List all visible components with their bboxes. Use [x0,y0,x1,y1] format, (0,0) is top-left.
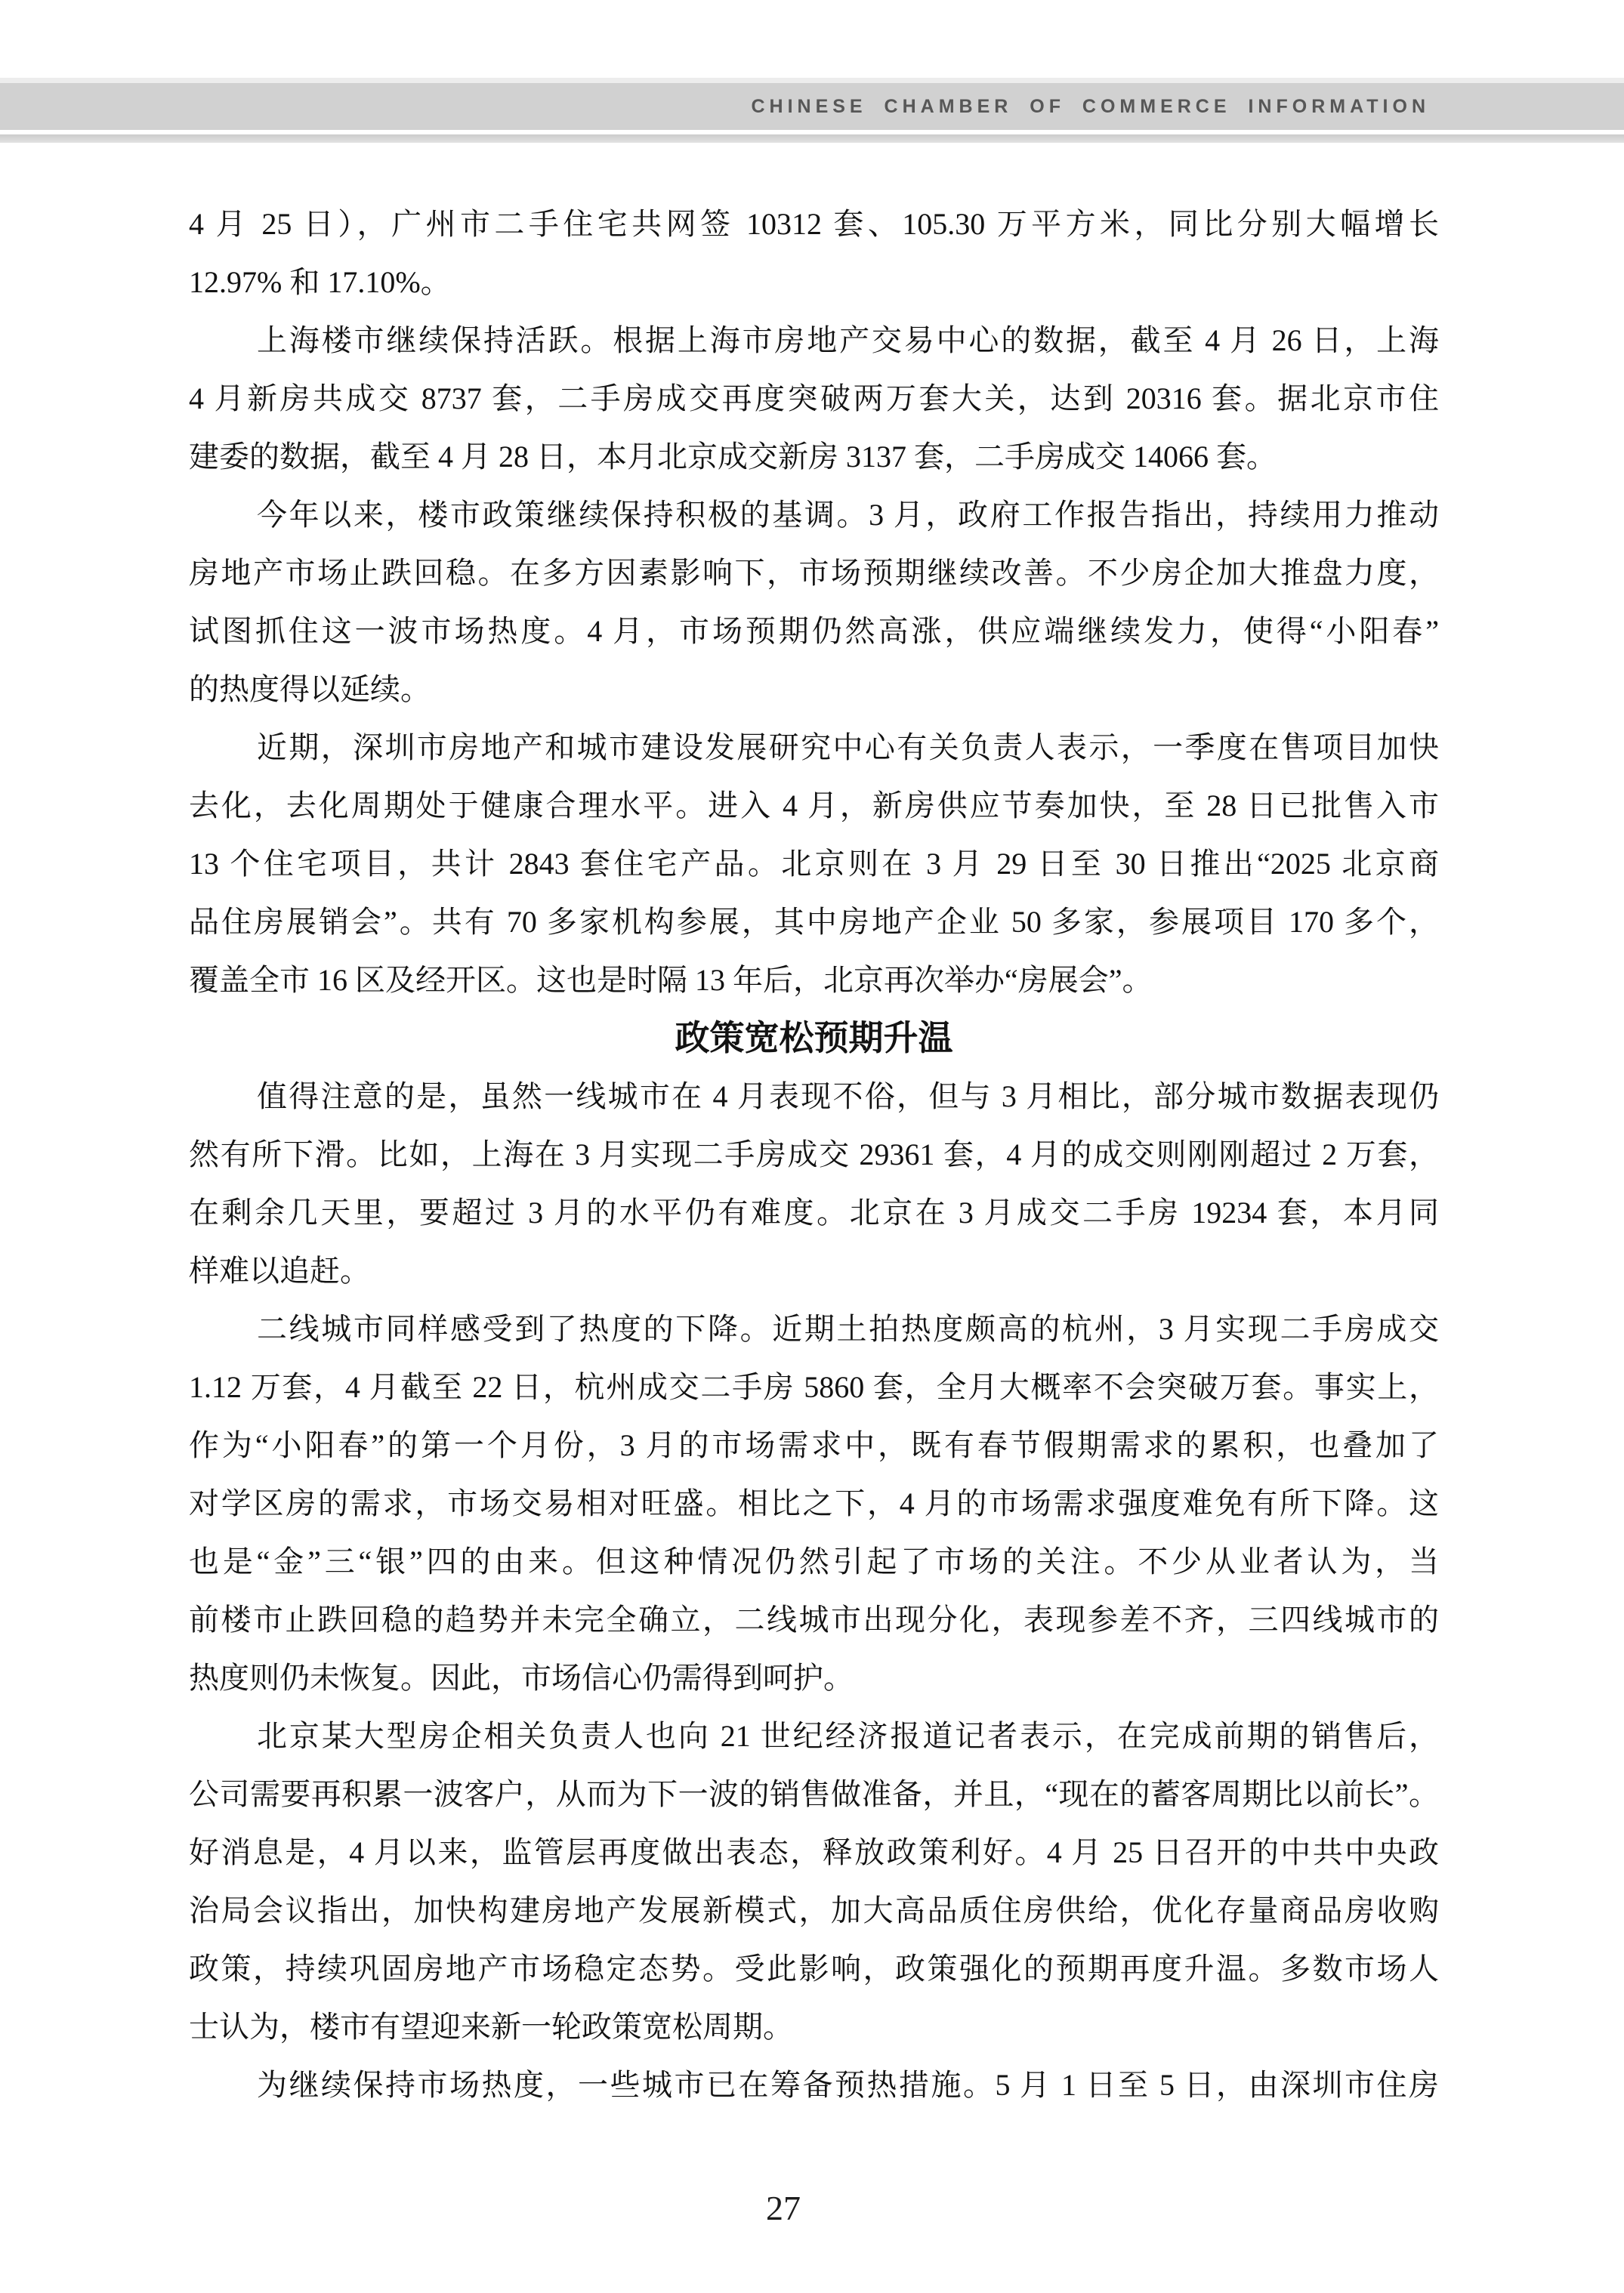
body-line: 值得注意的是，虽然一线城市在 4 月表现不俗，但与 3 月相比，部分城市数据表现… [189,1067,1439,1125]
body-line: 也是“金”三“银”四的由来。但这种情况仍然引起了市场的关注。不少从业者认为，当 [189,1532,1439,1591]
body-line: 好消息是，4 月以来，监管层再度做出表态，释放政策利好。4 月 25 日召开的中… [189,1823,1439,1881]
header-top-shadow [0,78,1624,83]
header-rule-bar [0,134,1624,143]
body-line: 12.97% 和 17.10%。 [189,253,1439,311]
body-line: 4 月新房共成交 8737 套，二手房成交再度突破两万套大关，达到 20316 … [189,369,1439,427]
body-line: 的热度得以延续。 [189,660,1439,718]
body-line: 北京某大型房企相关负责人也向 21 世纪经济报道记者表示，在完成前期的销售后， [189,1707,1439,1765]
body-line: 热度则仍未恢复。因此，市场信心仍需得到呵护。 [189,1649,1439,1707]
body-line: 近期，深圳市房地产和城市建设发展研究中心有关负责人表示，一季度在售项目加快 [189,718,1439,776]
body-line: 然有所下滑。比如，上海在 3 月实现二手房成交 29361 套，4 月的成交则刚… [189,1125,1439,1184]
document-page: CHINESE CHAMBER OF COMMERCE INFORMATION … [0,0,1624,2293]
header-banner-text: CHINESE CHAMBER OF COMMERCE INFORMATION [0,83,1430,130]
body-line: 二线城市同样感受到了热度的下降。近期土拍热度颇高的杭州，3 月实现二手房成交 [189,1300,1439,1358]
body-line: 治局会议指出，加快构建房地产发展新模式，加大高品质住房供给，优化存量商品房收购 [189,1881,1439,1940]
body-line: 去化，去化周期处于健康合理水平。进入 4 月，新房供应节奏加快，至 28 日已批… [189,776,1439,835]
body-line: 覆盖全市 16 区及经开区。这也是时隔 13 年后，北京再次举办“房展会”。 [189,951,1439,1009]
article-body: 4 月 25 日），广州市二手住宅共网签 10312 套、105.30 万平方米… [189,195,1439,2114]
body-line: 1.12 万套，4 月截至 22 日，杭州成交二手房 5860 套，全月大概率不… [189,1358,1439,1416]
body-line: 4 月 25 日），广州市二手住宅共网签 10312 套、105.30 万平方米… [189,195,1439,253]
body-line: 作为“小阳春”的第一个月份，3 月的市场需求中，既有春节假期需求的累积，也叠加了 [189,1416,1439,1474]
body-line: 政策，持续巩固房地产市场稳定态势。受此影响，政策强化的预期再度升温。多数市场人 [189,1940,1439,1998]
page-number: 27 [0,2189,1595,2228]
section-heading: 政策宽松预期升温 [189,1009,1439,1067]
body-line: 13 个住宅项目，共计 2843 套住宅产品。北京则在 3 月 29 日至 30… [189,835,1439,893]
body-line: 士认为，楼市有望迎来新一轮政策宽松周期。 [189,1998,1439,2056]
body-line: 试图抓住这一波市场热度。4 月，市场预期仍然高涨，供应端继续发力，使得“小阳春” [189,602,1439,660]
body-line: 为继续保持市场热度，一些城市已在筹备预热措施。5 月 1 日至 5 日，由深圳市… [189,2056,1439,2114]
body-line: 公司需要再积累一波客户，从而为下一波的销售做准备，并且，“现在的蓄客周期比以前长… [189,1765,1439,1823]
body-line: 房地产市场止跌回稳。在多方因素影响下，市场预期继续改善。不少房企加大推盘力度， [189,544,1439,602]
body-line: 对学区房的需求，市场交易相对旺盛。相比之下，4 月的市场需求强度难免有所下降。这 [189,1474,1439,1532]
body-line: 前楼市止跌回稳的趋势并未完全确立，二线城市出现分化，表现参差不齐，三四线城市的 [189,1591,1439,1649]
body-line: 样难以追赶。 [189,1242,1439,1300]
body-line: 在剩余几天里，要超过 3 月的水平仍有难度。北京在 3 月成交二手房 19234… [189,1184,1439,1242]
body-line: 上海楼市继续保持活跃。根据上海市房地产交易中心的数据，截至 4 月 26 日，上… [189,311,1439,369]
body-line: 今年以来，楼市政策继续保持积极的基调。3 月，政府工作报告指出，持续用力推动 [189,486,1439,544]
body-line: 品住房展销会”。共有 70 多家机构参展，其中房地产企业 50 多家，参展项目 … [189,893,1439,951]
body-line: 建委的数据，截至 4 月 28 日，本月北京成交新房 3137 套，二手房成交 … [189,427,1439,486]
